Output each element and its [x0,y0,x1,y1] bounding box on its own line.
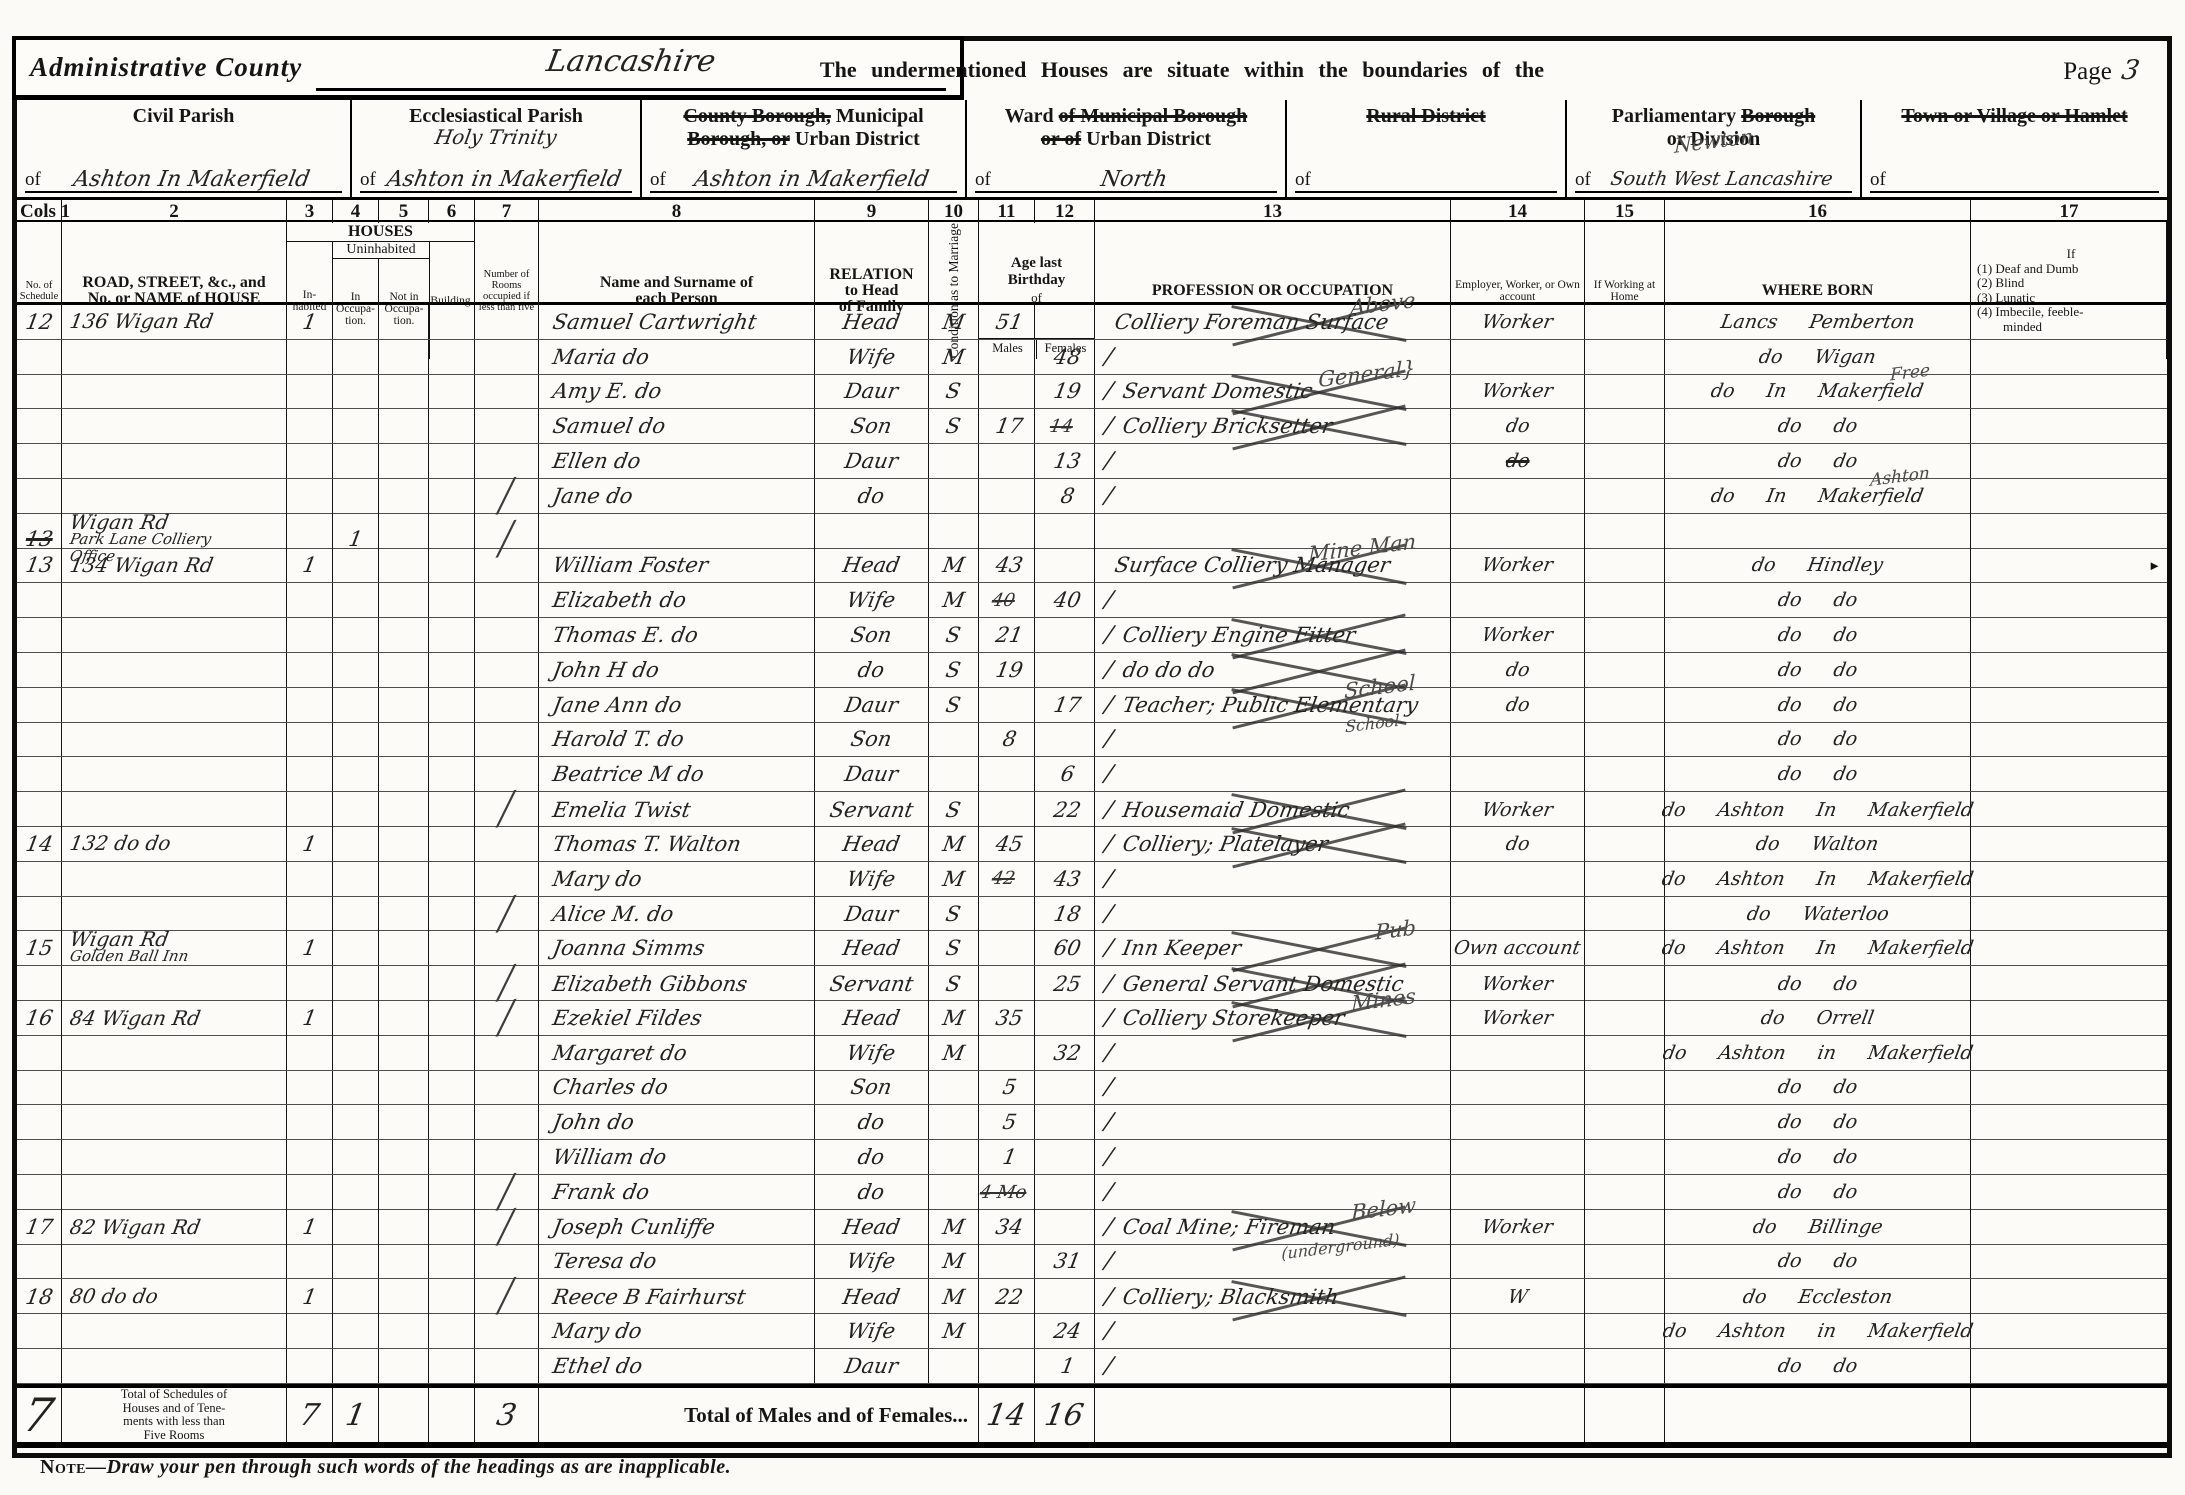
civil-parish-title: Civil Parish [17,105,350,128]
cell-relation: Daur [815,757,929,791]
cell-inhabited [287,1175,333,1210]
cell-uninhabited-occ [333,583,379,617]
cell-age-female: 14 [1035,409,1095,443]
cell-building [429,549,475,583]
cell-inhabited [287,1036,333,1070]
cell-condition: M [929,862,979,896]
cell-name: Mary do [539,862,815,896]
cell-age-female [1035,1175,1095,1210]
cell-condition: S [929,618,979,652]
cell-schedule [17,1105,62,1139]
cell-whereborn: Lancs Pemberton [1665,305,1971,339]
cell-whereborn: do do [1665,653,1971,687]
cell-age-male [979,479,1035,514]
town-village-box: Town or Village or Hamlet of [1862,100,2167,197]
cell-name: Elizabeth do [539,583,815,617]
cell-age-female: 18 [1035,897,1095,932]
table-row: Teresa do Wife M 31 / do do [17,1245,2167,1280]
cell-inhabited [287,1349,333,1383]
cell-age-female [1035,1210,1095,1245]
cell-uninhabited-occ [333,305,379,339]
cell-uninhabited-occ [333,444,379,478]
cell-age-female: 31 [1035,1245,1095,1279]
cell-uninhabited-notocc [379,966,429,1001]
cell-inhabited: 1 [287,1001,333,1036]
cell-uninhabited-notocc [379,1105,429,1139]
cell-name: Emelia Twist [539,792,815,827]
cell-infirmity [1971,1105,2167,1139]
cell-workathome [1585,1210,1665,1245]
cell-employer [1451,723,1585,757]
census-sheet: Administrative County Lancashire The und… [0,0,2185,1495]
cell-age-male: 35 [979,1001,1035,1036]
cell-rooms [475,340,539,374]
cell-inhabited [287,1245,333,1279]
cell-uninhabited-occ [333,897,379,932]
rural-district-title: Rural District [1287,105,1565,128]
cell-rooms [475,1245,539,1279]
cell-age-female: 24 [1035,1314,1095,1348]
cell-infirmity [1971,618,2167,652]
cell-employer: do [1451,653,1585,687]
cell-age-female [1035,1105,1095,1139]
cell-workathome [1585,653,1665,687]
margin-arrow-icon: ► [2148,558,2161,574]
cell-building [429,479,475,514]
cell-infirmity [1971,1071,2167,1105]
cell-age-male [979,375,1035,409]
total-uninhabited: 1 [333,1388,379,1442]
cell-occupation: / [1095,1140,1451,1174]
cell-building [429,1036,475,1070]
cell-schedule: 12 [17,305,62,339]
cell-age-male [979,931,1035,965]
table-row: William do do 1 / do do [17,1140,2167,1175]
cell-relation: Wife [815,340,929,374]
cell-age-female [1035,827,1095,861]
cell-road [62,1175,287,1210]
cell-road [62,688,287,722]
cell-relation: do [815,479,929,514]
cell-uninhabited-occ [333,653,379,687]
cell-schedule [17,1140,62,1174]
cell-age-male: 34 [979,1210,1035,1245]
cell-age-male: 22 [979,1279,1035,1314]
cell-occupation: / [1095,862,1451,896]
cell-age-male: 5 [979,1105,1035,1139]
cell-condition: M [929,1001,979,1036]
cell-name: Reece B Fairhurst [539,1279,815,1314]
cell-employer: do [1451,688,1585,722]
cell-name: William Foster [539,549,815,583]
cell-employer: Worker [1451,305,1585,339]
cell-relation: Daur [815,688,929,722]
cell-uninhabited-notocc [379,1001,429,1036]
cell-schedule [17,792,62,827]
cell-uninhabited-occ [333,1140,379,1174]
cell-age-male: 19 [979,653,1035,687]
ward-box: Ward of Municipal Borough or of Urban Di… [967,100,1287,197]
administrative-county-label: Administrative County [30,52,302,83]
cell-age-male [979,897,1035,932]
cell-uninhabited-occ [333,1210,379,1245]
cell-condition: M [929,305,979,339]
cell-condition [929,757,979,791]
cell-age-female: 6 [1035,757,1095,791]
table-row: Margaret do Wife M 32 / do Ashton in Mak… [17,1036,2167,1071]
cell-uninhabited-occ [333,340,379,374]
table-row: Beatrice M do Daur 6 / do do [17,757,2167,792]
cell-condition [929,1175,979,1210]
cell-whereborn: do do [1665,757,1971,791]
cell-rooms [475,757,539,791]
cell-road [62,1036,287,1070]
cell-schedule [17,1314,62,1348]
cell-infirmity [1971,1314,2167,1348]
cell-relation: Daur [815,375,929,409]
cell-name: Joseph Cunliffe [539,1210,815,1245]
cell-workathome [1585,1071,1665,1105]
cell-name: Thomas E. do [539,618,815,652]
cell-whereborn: do Hindley [1665,549,1971,583]
cell-whereborn: do do [1665,1175,1971,1210]
cell-schedule [17,1175,62,1210]
cell-schedule [17,375,62,409]
cell-whereborn: do Waterloo [1665,897,1971,932]
cell-age-male: 1 [979,1140,1035,1174]
cell-schedule: 17 [17,1210,62,1245]
cell-relation: Servant [815,966,929,1001]
cell-building [429,827,475,861]
cell-workathome [1585,1001,1665,1036]
cell-uninhabited-notocc [379,1314,429,1348]
table-row: 16 84 Wigan Rd 1 ╱ Ezekiel Fildes Head M… [17,1001,2167,1036]
rural-district-box: Rural District of [1287,100,1567,197]
cell-relation: Head [815,305,929,339]
cell-occupation: /Colliery Engine Fitter [1095,618,1451,652]
cell-road [62,1245,287,1279]
cell-age-female [1035,723,1095,757]
cell-building [429,1279,475,1314]
cell-road: 132 do do [62,827,287,861]
cell-uninhabited-occ [333,409,379,443]
cell-inhabited [287,653,333,687]
cell-condition: M [929,1036,979,1070]
cell-uninhabited-notocc [379,931,429,965]
cell-schedule: 16 [17,1001,62,1036]
cell-employer [1451,1314,1585,1348]
cell-condition: S [929,966,979,1001]
cell-road [62,1349,287,1383]
cell-workathome [1585,549,1665,583]
cell-employer [1451,1071,1585,1105]
table-row: Samuel do Son S 17 14 /Colliery Brickset… [17,409,2167,444]
cell-road [62,583,287,617]
cell-name: Frank do [539,1175,815,1210]
cell-age-male [979,792,1035,827]
urban-district-value: Ashton in Makerfield [664,168,959,191]
cell-age-male: 8 [979,723,1035,757]
cell-whereborn: do Billinge [1665,1210,1971,1245]
cell-uninhabited-notocc [379,549,429,583]
cell-rooms [475,1036,539,1070]
cell-rooms [475,549,539,583]
cell-rooms [475,931,539,965]
cell-schedule: 15 [17,931,62,965]
cell-rooms [475,409,539,443]
cell-road: Wigan RdGolden Ball Inn [62,931,287,965]
cell-age-female: 60 [1035,931,1095,965]
cell-infirmity [1971,409,2167,443]
borough-box: County Borough, Municipal Borough, or Ur… [642,100,967,197]
cell-age-female: 22 [1035,792,1095,827]
cell-workathome [1585,1105,1665,1139]
cell-inhabited [287,618,333,652]
cell-whereborn: do Ashton in Makerfield [1665,1314,1971,1348]
cell-workathome [1585,479,1665,514]
cell-infirmity [1971,653,2167,687]
cell-rooms [475,1071,539,1105]
cell-uninhabited-notocc [379,618,429,652]
cell-age-female [1035,549,1095,583]
cell-uninhabited-occ [333,1245,379,1279]
table-row: 15 Wigan RdGolden Ball Inn 1 Joanna Simm… [17,931,2167,966]
cell-infirmity [1971,1140,2167,1174]
cell-condition: M [929,340,979,374]
cell-uninhabited-occ [333,1279,379,1314]
cell-whereborn: do Eccleston [1665,1279,1971,1314]
cell-infirmity [1971,862,2167,896]
cell-age-female: 13 [1035,444,1095,478]
cell-building [429,1105,475,1139]
cell-age-female [1035,1071,1095,1105]
cell-road [62,757,287,791]
cell-schedule [17,409,62,443]
table-row: ╱ Elizabeth Gibbons Servant S 25 /Genera… [17,966,2167,1001]
cell-road [62,862,287,896]
cell-occupation: Surface Colliery ManagerMine Man [1095,549,1451,583]
cell-relation: Servant [815,792,929,827]
cell-rooms [475,1140,539,1174]
cell-whereborn: do In MakerfieldAshton [1665,479,1971,514]
cell-rooms: ╱ [475,897,539,932]
cell-relation: Son [815,1071,929,1105]
cell-workathome [1585,1314,1665,1348]
cell-uninhabited-notocc [379,375,429,409]
cell-age-female: 43 [1035,862,1095,896]
cell-relation: do [815,1105,929,1139]
cell-occupation: / [1095,757,1451,791]
cell-whereborn: do do [1665,1140,1971,1174]
table-row: 13 134 Wigan Rd 1 William Foster Head M … [17,549,2167,584]
cell-age-female [1035,1279,1095,1314]
cell-workathome [1585,1245,1665,1279]
cell-age-female [1035,653,1095,687]
cell-age-male [979,340,1035,374]
cell-employer [1451,897,1585,932]
cell-whereborn: do In MakerfieldFree [1665,375,1971,409]
cell-employer: Worker [1451,549,1585,583]
cell-schedule [17,1036,62,1070]
cell-condition: M [929,1210,979,1245]
cell-uninhabited-occ [333,479,379,514]
cell-road [62,1140,287,1174]
cell-building [429,757,475,791]
cell-name: John H do [539,653,815,687]
cell-building [429,723,475,757]
cell-employer: Worker [1451,1001,1585,1036]
town-village-title: Town or Village or Hamlet [1862,105,2167,128]
cell-name: Elizabeth Gibbons [539,966,815,1001]
cell-workathome [1585,1036,1665,1070]
cell-age-male: 42 [979,862,1035,896]
ward-value: North [989,168,1279,191]
cell-age-female: 17 [1035,688,1095,722]
cell-employer [1451,1349,1585,1383]
cell-age-female: 19 [1035,375,1095,409]
cell-occupation: /Servant DomesticGeneral} [1095,375,1451,409]
cell-name: John do [539,1105,815,1139]
cell-uninhabited-notocc [379,1175,429,1210]
district-header-band: Civil Parish ofAshton In Makerfield Eccl… [17,100,2167,197]
administrative-county-value: Lancashire [544,44,718,79]
cell-rooms: ╱ [475,966,539,1001]
cell-inhabited [287,1071,333,1105]
cell-workathome [1585,409,1665,443]
cell-age-male: 43 [979,549,1035,583]
cell-occupation: /Colliery Bricksetter [1095,409,1451,443]
cell-occupation: /Coal Mine; FiremanBelow(underground) [1095,1210,1451,1245]
cell-employer: do [1451,444,1585,478]
cell-whereborn: do Ashton In Makerfield [1665,931,1971,965]
cell-relation: Head [815,1210,929,1245]
cell-condition: S [929,688,979,722]
table-row: Ethel do Daur 1 / do do [17,1349,2167,1384]
cell-condition: S [929,897,979,932]
cell-inhabited [287,583,333,617]
cell-workathome [1585,583,1665,617]
cell-name: Beatrice M do [539,757,815,791]
form-frame: Administrative County Lancashire The und… [12,36,2172,1458]
cell-employer: Worker [1451,375,1585,409]
cell-condition [929,723,979,757]
cell-condition: S [929,375,979,409]
cell-relation: Daur [815,1349,929,1383]
cell-age-male: 21 [979,618,1035,652]
cell-uninhabited-occ [333,931,379,965]
cell-condition: M [929,1245,979,1279]
cell-inhabited: 1 [287,305,333,339]
cell-uninhabited-occ [333,1105,379,1139]
cell-infirmity [1971,340,2167,374]
cell-inhabited [287,479,333,514]
cell-rooms [475,583,539,617]
cell-road [62,1314,287,1348]
cell-relation: Head [815,931,929,965]
cell-age-male: 51 [979,305,1035,339]
cell-workathome [1585,305,1665,339]
cell-rooms: ╱ [475,1001,539,1036]
column-number-row: Cols 1234567891011121314151617 [17,197,2167,222]
cell-uninhabited-notocc [379,827,429,861]
cell-schedule [17,340,62,374]
cell-occupation: / [1095,1105,1451,1139]
cell-employer [1451,1245,1585,1279]
cell-uninhabited-occ [333,375,379,409]
cell-infirmity [1971,757,2167,791]
cell-occupation: / [1095,1245,1451,1279]
cell-age-male: 5 [979,1071,1035,1105]
cell-relation: Wife [815,862,929,896]
cell-occupation: /Teacher; Public ElementarySchoolSchool [1095,688,1451,722]
cell-infirmity [1971,827,2167,861]
cell-uninhabited-occ [333,1349,379,1383]
cell-occupation: / [1095,479,1451,514]
cell-rooms [475,444,539,478]
cell-whereborn: do do [1665,723,1971,757]
cell-infirmity [1971,479,2167,514]
cell-schedule [17,653,62,687]
cell-infirmity [1971,966,2167,1001]
cell-uninhabited-notocc [379,409,429,443]
cell-name: Amy E. do [539,375,815,409]
cell-building [429,583,475,617]
cell-condition [929,1071,979,1105]
cell-road: 134 Wigan Rd [62,549,287,583]
cell-employer: Worker [1451,1210,1585,1245]
cell-condition: M [929,549,979,583]
cell-employer: Worker [1451,618,1585,652]
cell-schedule [17,1245,62,1279]
cell-occupation: /Colliery; Platelayer [1095,827,1451,861]
cell-workathome [1585,827,1665,861]
cell-condition [929,1140,979,1174]
cell-name: Samuel do [539,409,815,443]
cell-rooms [475,827,539,861]
cell-occupation: Colliery Foreman SurfaceAbove [1095,305,1451,339]
table-row: ╱ Emelia Twist Servant S 22 /Housemaid D… [17,792,2167,827]
cell-age-female [1035,618,1095,652]
cell-condition: S [929,409,979,443]
table-row: Charles do Son 5 / do do [17,1071,2167,1106]
cell-relation: Daur [815,444,929,478]
cell-age-male [979,688,1035,722]
cell-workathome [1585,618,1665,652]
cell-name: William do [539,1140,815,1174]
cell-schedule [17,688,62,722]
civil-parish-value: Ashton In Makerfield [39,168,344,191]
cell-workathome [1585,966,1665,1001]
cell-workathome [1585,1279,1665,1314]
cell-road: 80 do do [62,1279,287,1314]
cell-uninhabited-notocc [379,1210,429,1245]
cell-age-female: 32 [1035,1036,1095,1070]
cell-workathome [1585,375,1665,409]
cell-schedule [17,618,62,652]
cell-whereborn: do Ashton in Makerfield [1665,1036,1971,1070]
cell-employer [1451,1175,1585,1210]
table-row: Maria do Wife M 48 / do Wigan [17,340,2167,375]
cell-uninhabited-occ [333,966,379,1001]
parliamentary-box: Parliamentary Borough or Division Newton… [1567,100,1862,197]
rows: 12 136 Wigan Rd 1 Samuel Cartwright Head… [17,305,2167,1384]
cell-road [62,1105,287,1139]
cell-name: Joanna Simms [539,931,815,965]
cell-whereborn: do Orrell [1665,1001,1971,1036]
cell-condition [929,444,979,478]
cell-uninhabited-occ [333,1071,379,1105]
cell-inhabited [287,444,333,478]
